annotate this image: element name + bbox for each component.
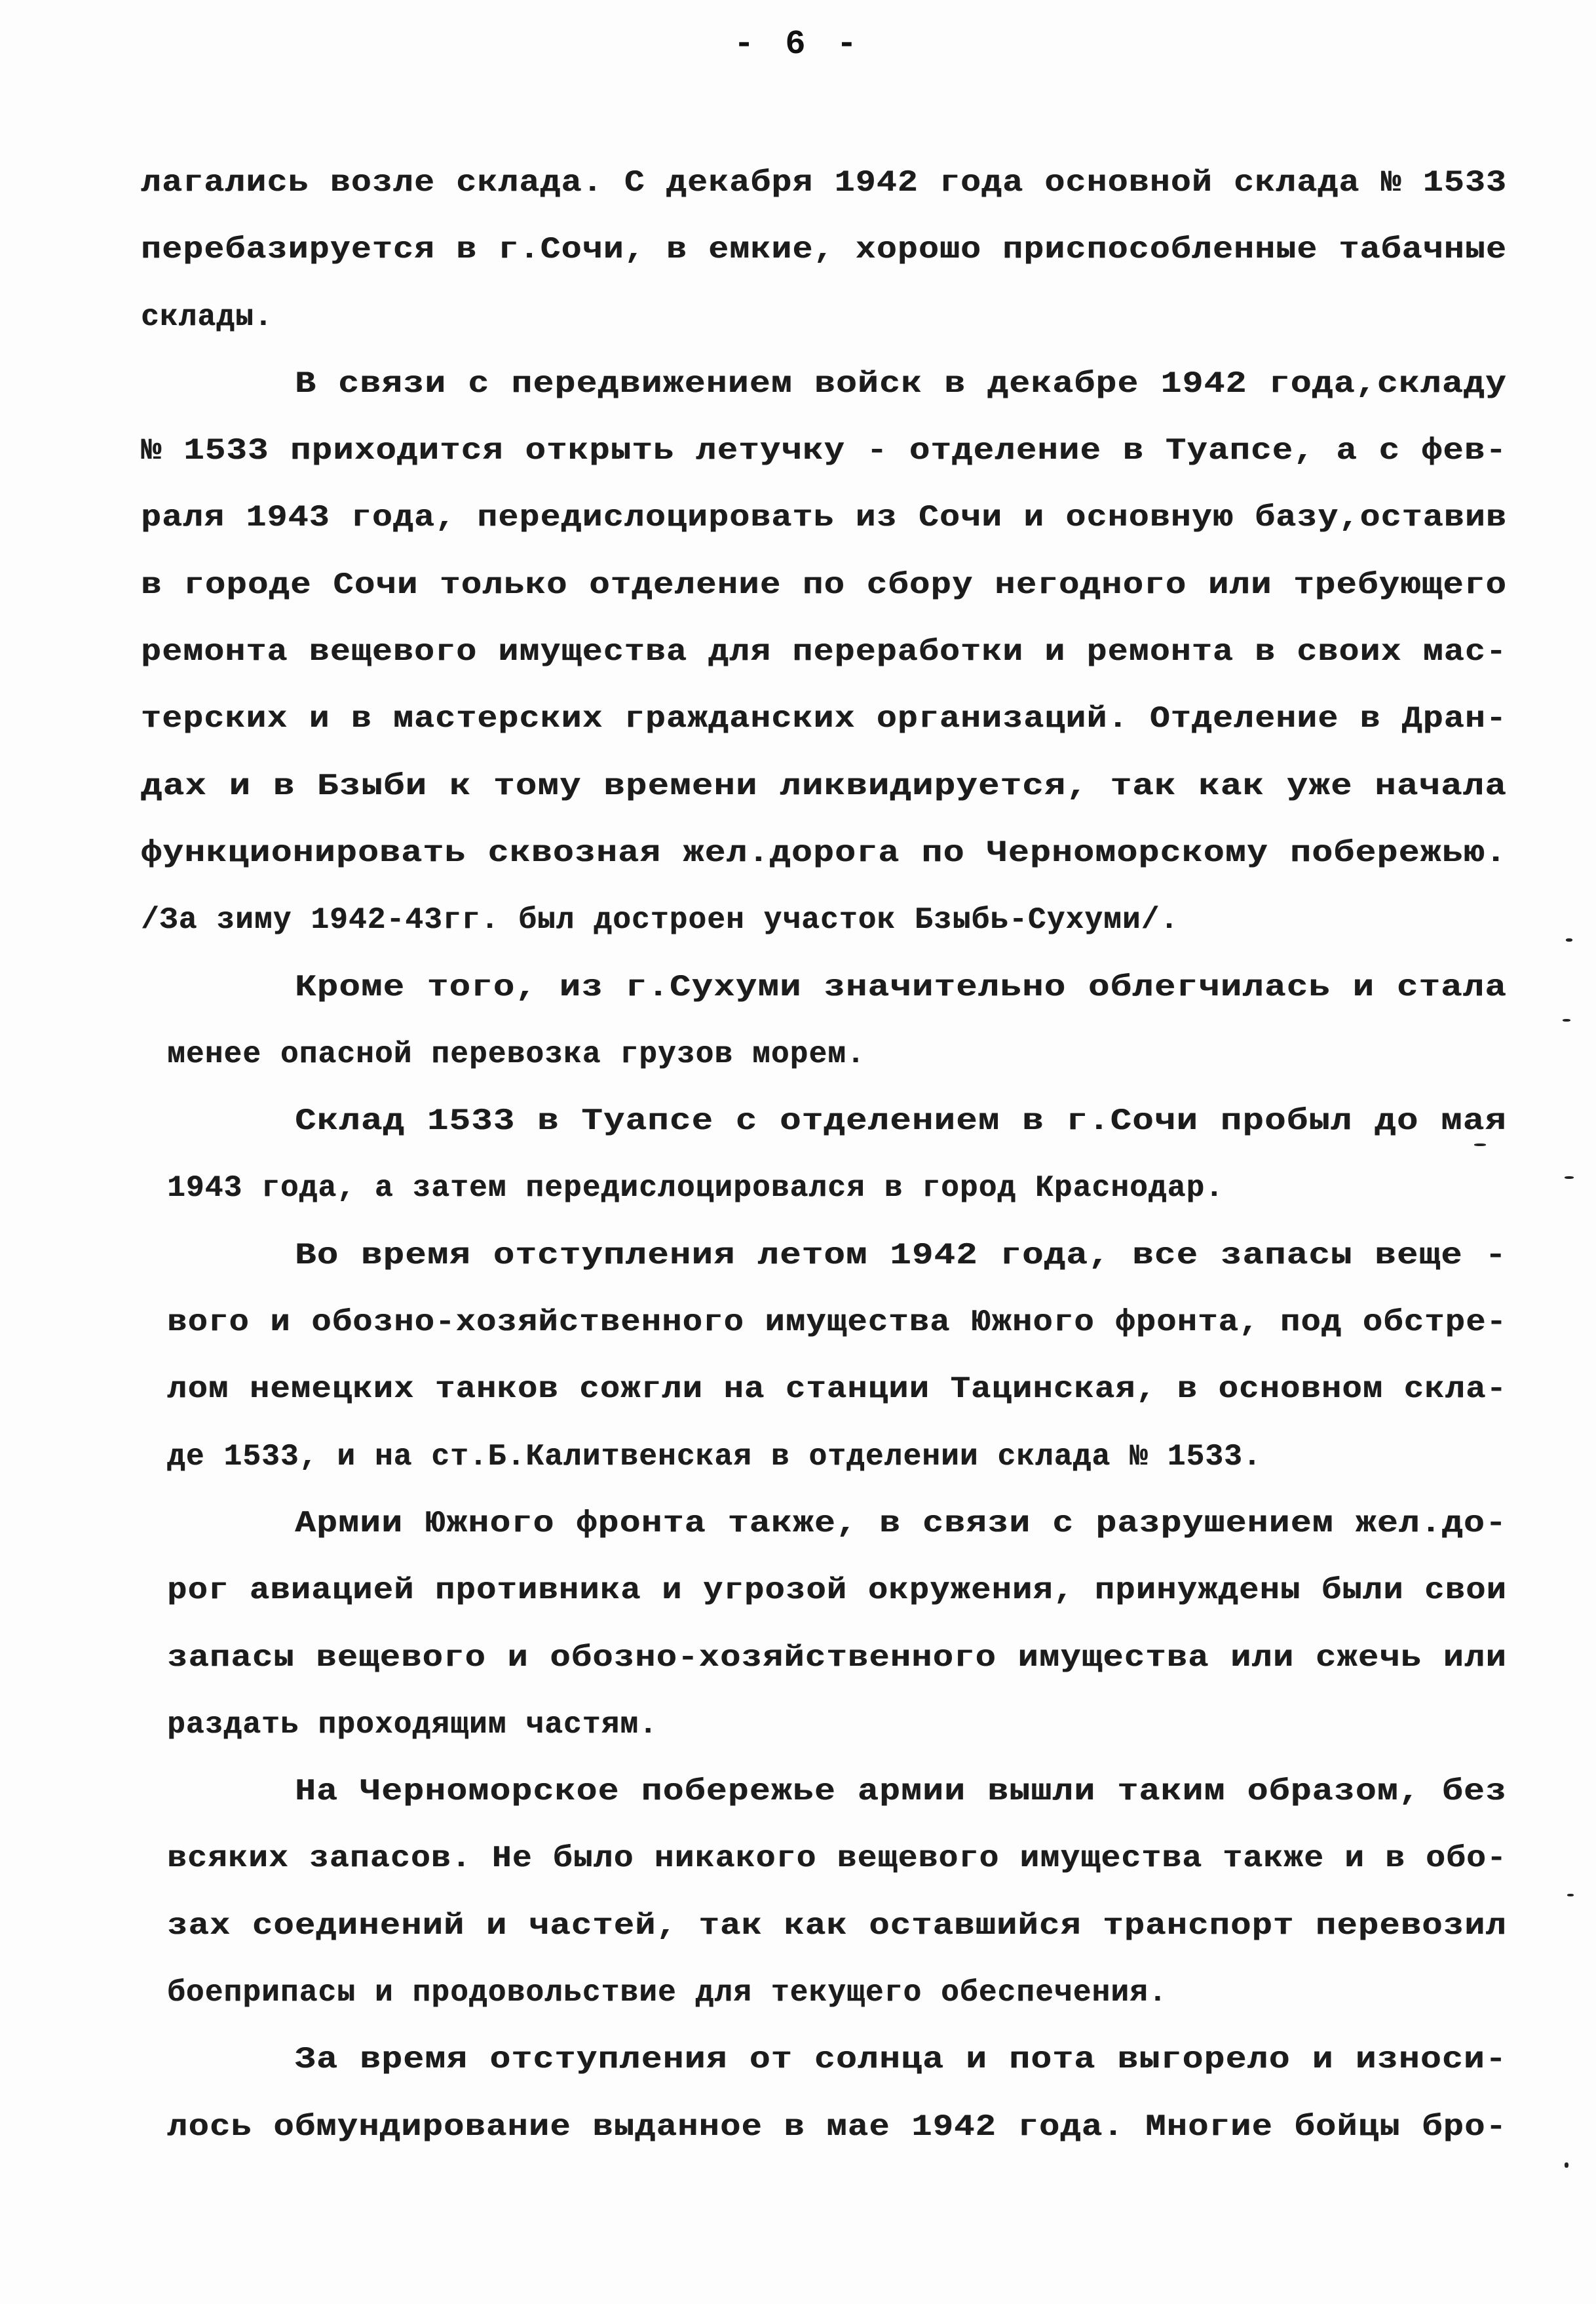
- text-line: менее опасной перевозка грузов морем.: [141, 1021, 1517, 1088]
- text-line: рог авиацией противника и угрозой окруже…: [141, 1557, 1517, 1624]
- text-line: склады.: [141, 284, 1517, 351]
- scan-speck: [1563, 1019, 1570, 1022]
- text-line: боеприпасы и продовольствие для текущего…: [141, 1959, 1517, 2026]
- document-page: - 6 - лагались возле склада. С декабря 1…: [0, 0, 1596, 2304]
- text-line: дах и в Бзыби к тому времени ликвидирует…: [141, 753, 1517, 820]
- text-line: Армии Южного фронта также, в связи с раз…: [141, 1490, 1517, 1557]
- text-line: раля 1943 года, передислоцировать из Соч…: [141, 484, 1517, 551]
- scan-speck: [1567, 1894, 1574, 1896]
- text-line: ремонта вещевого имущества для переработ…: [141, 619, 1517, 685]
- text-line: На Черноморское побережье армии вышли та…: [141, 1758, 1517, 1825]
- text-line: 1943 года, а затем передислоцировался в …: [141, 1155, 1517, 1221]
- text-line: всяких запасов. Не было никакого вещевог…: [141, 1825, 1517, 1892]
- text-line: терских и в мастерских гражданских орган…: [141, 685, 1517, 752]
- text-line: Во время отступления летом 1942 года, вс…: [141, 1222, 1517, 1289]
- text-line: За время отступления от солнца и пота вы…: [141, 2026, 1517, 2093]
- text-line: раздать проходящим частям.: [141, 1691, 1517, 1758]
- document-body: лагались возле склада. С декабря 1942 го…: [141, 149, 1517, 2160]
- text-line: функционировать сквозная жел.дорога по Ч…: [141, 820, 1517, 887]
- text-line: лось обмундирование выданное в мае 1942 …: [141, 2094, 1517, 2160]
- scan-speck: [1474, 1143, 1486, 1146]
- text-line: Склад 1533 в Туапсе с отделением в г.Соч…: [141, 1088, 1517, 1155]
- text-line: лагались возле склада. С декабря 1942 го…: [141, 149, 1517, 216]
- page-number: - 6 -: [0, 25, 1596, 64]
- text-line: В связи с передвижением войск в декабре …: [141, 351, 1517, 417]
- text-line: запасы вещевого и обозно-хозяйственного …: [141, 1624, 1517, 1691]
- text-line: вого и обозно-хозяйственного имущества Ю…: [141, 1289, 1517, 1356]
- scan-speck: [1566, 938, 1572, 942]
- text-line: де 1533, и на ст.Б.Калитвенская в отделе…: [141, 1423, 1517, 1490]
- scan-speck: [1565, 2162, 1568, 2168]
- text-line: Кроме того, из г.Сухуми значительно обле…: [141, 954, 1517, 1021]
- text-line: № 1533 приходится открыть летучку - отде…: [141, 417, 1517, 484]
- scan-speck: [1565, 1176, 1574, 1179]
- text-line: перебазируется в г.Сочи, в емкие, хорошо…: [141, 216, 1517, 283]
- text-line: в городе Сочи только отделение по сбору …: [141, 552, 1517, 619]
- text-line: /За зиму 1942-43гг. был достроен участок…: [141, 887, 1517, 953]
- text-line: зах соединений и частей, так как оставши…: [141, 1892, 1517, 1959]
- text-line: лом немецких танков сожгли на станции Та…: [141, 1356, 1517, 1423]
